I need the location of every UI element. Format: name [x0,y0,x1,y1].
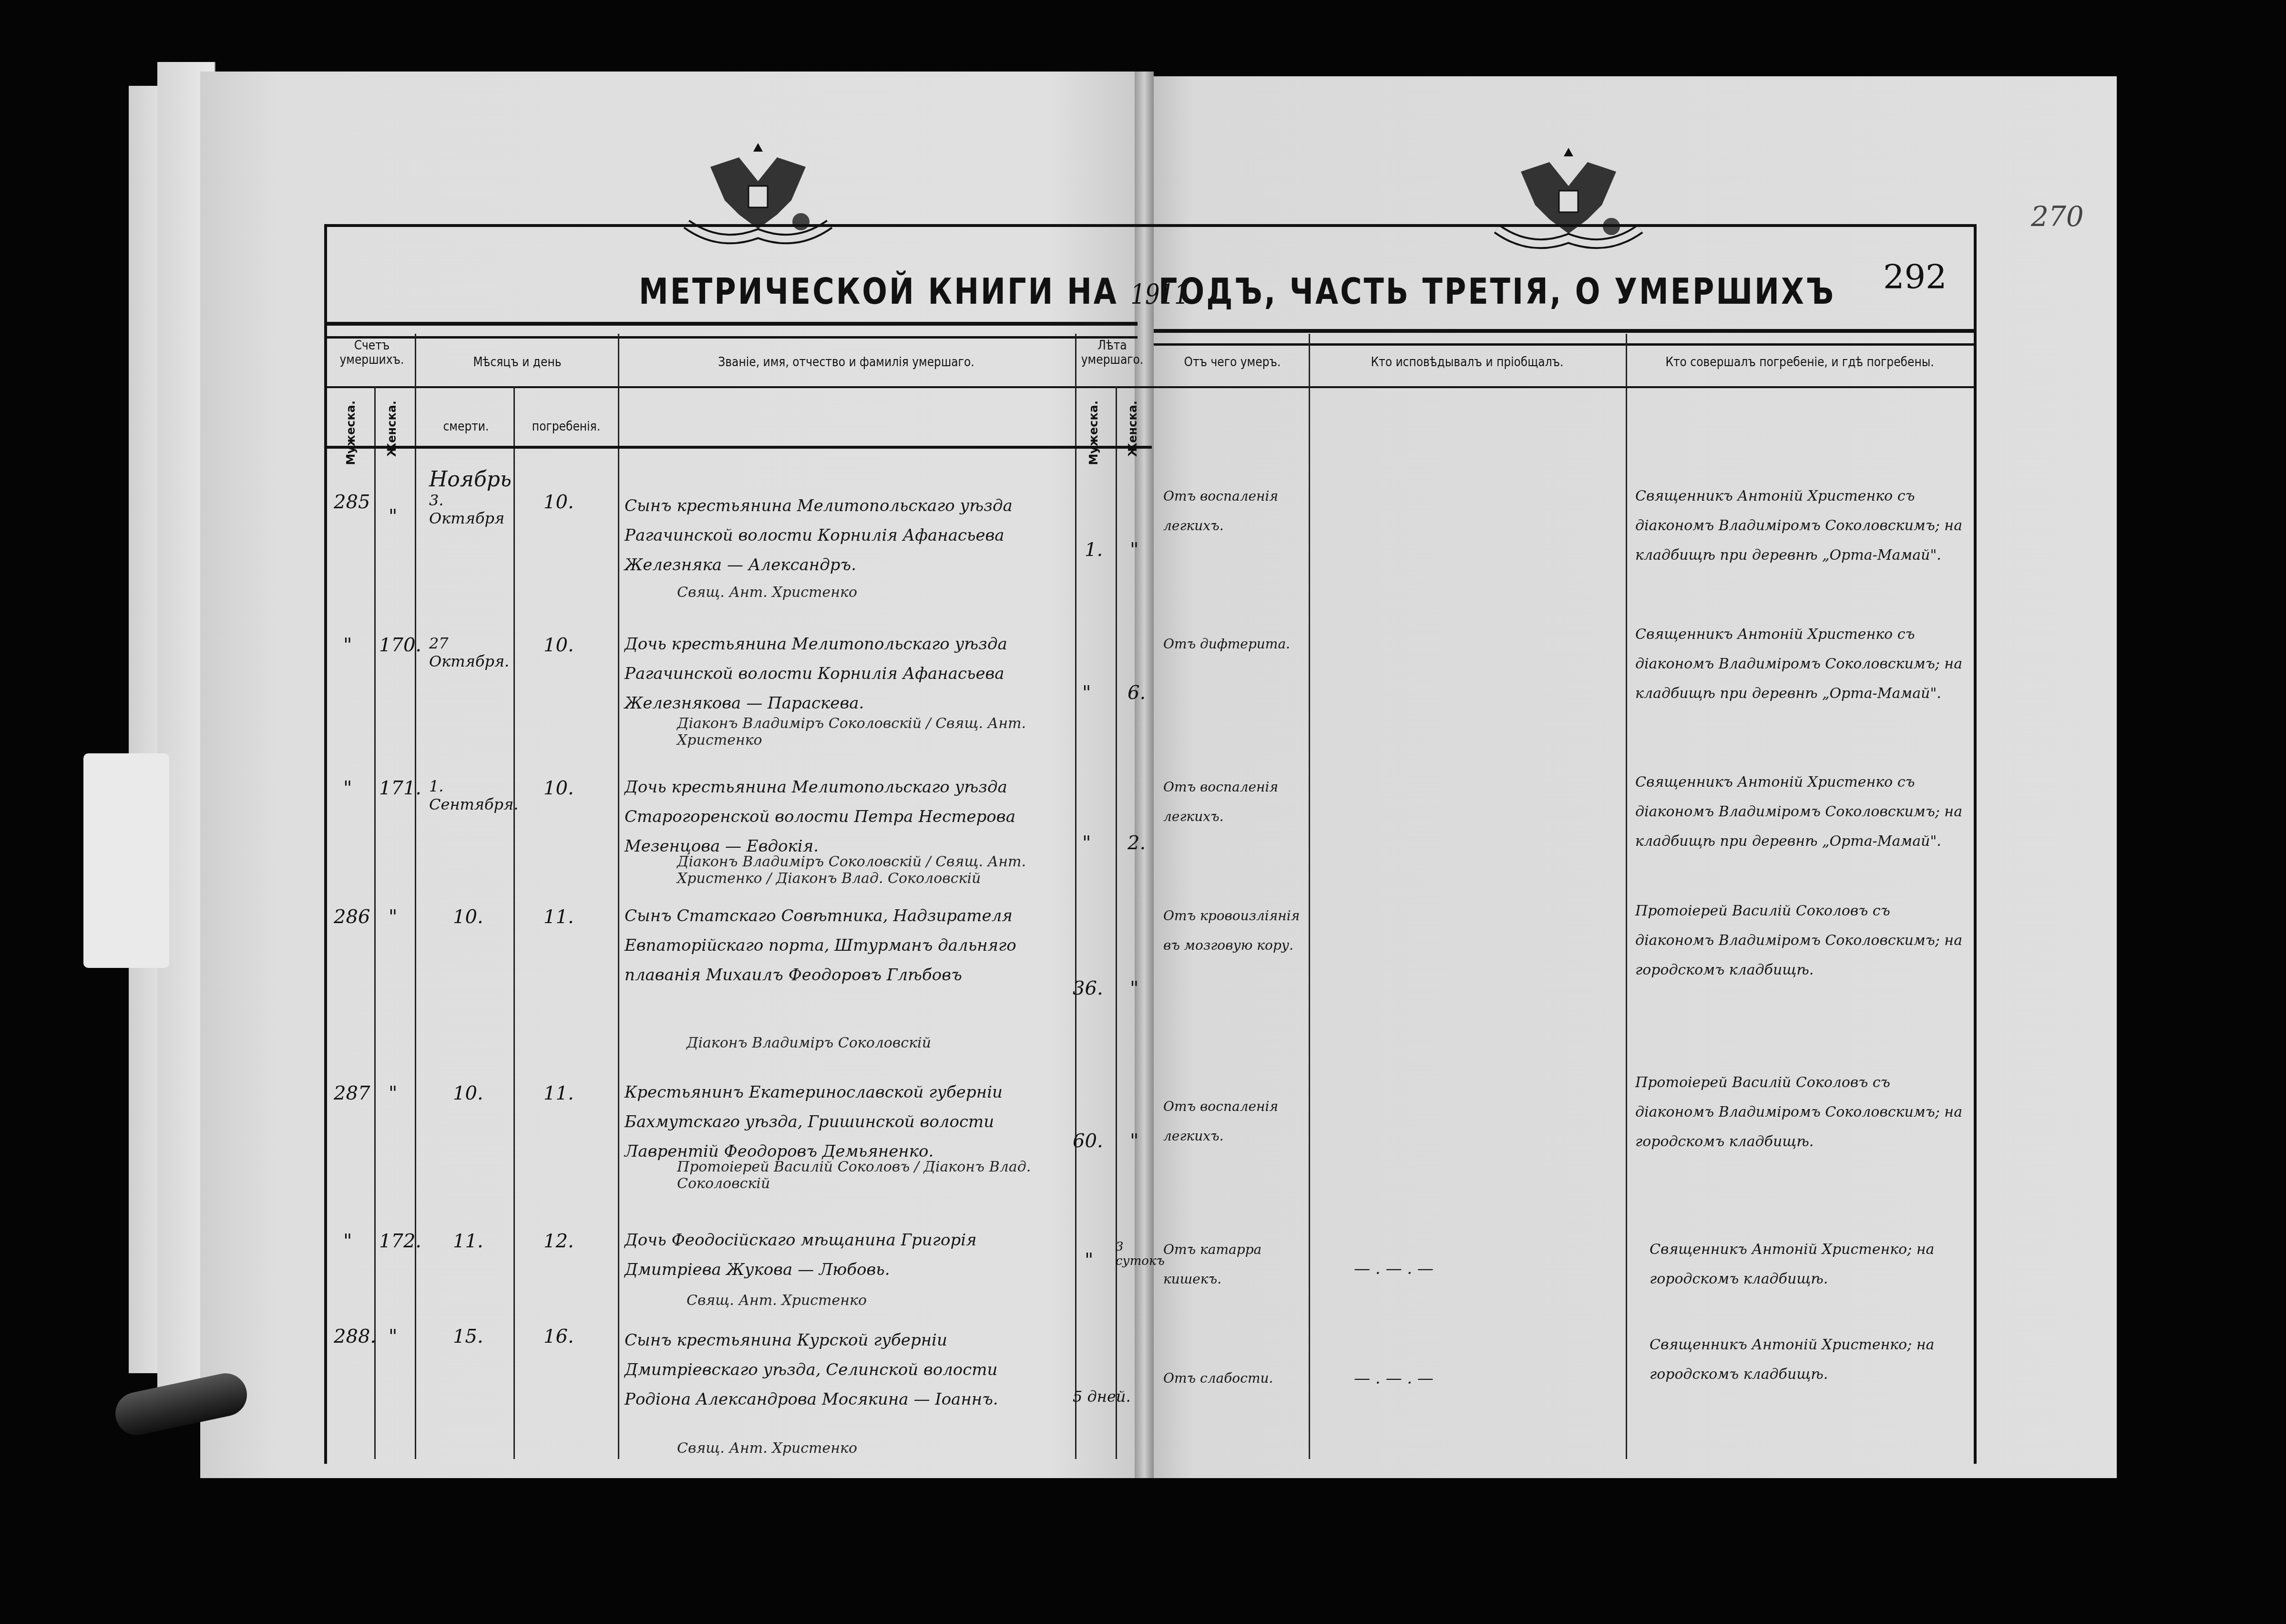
record-signature: Діаконъ Владиміръ Соколовскій / Свящ. Ан… [677,715,1058,749]
record-cause: Отъ кровоизліянія въ мозговую кору. [1163,901,1306,960]
record-burial-date: 10. [543,777,574,799]
col-line [1075,334,1076,1459]
record-name: Сынъ крестьянина Курской губерніи Дмитрі… [625,1326,1068,1414]
record-officiant: Священникъ Антоній Христенко съ діаконом… [1635,482,1969,570]
col-line [513,386,515,1459]
record-count-male: " [343,777,352,799]
record-death-date: 10. [453,1082,483,1104]
record-officiant: Священникъ Антоній Христенко; на городск… [1650,1330,1969,1389]
record-count-female: 170. [379,634,421,656]
record-cause: Отъ слабости. [1163,1364,1306,1393]
col-line [1626,334,1627,1459]
record-death-date: 11. [453,1230,483,1252]
record-cause: Отъ воспаленія легкихъ. [1163,1092,1306,1151]
record-count-female: 172. [379,1230,421,1252]
record-death-date: 10. [453,906,483,928]
col-line [1309,334,1310,1459]
page-number: 292 [1883,257,1947,297]
record-count-male: 287 [334,1082,370,1104]
col-header-cause: Отъ чего умеръ. [1158,355,1306,370]
subheader-count-male: Мужеска. [344,401,358,465]
col-header-age: Лѣта умершаго. [1076,339,1148,367]
record-name: Дочь крестьянина Мелитопольскаго уѣзда С… [625,772,1068,861]
record-officiant: Священникъ Антоній Христенко; на городск… [1650,1235,1969,1294]
record-age-male: 5 дней. [1073,1388,1131,1406]
record-age-female: " [1130,539,1138,561]
col-line [415,334,416,1459]
record-death-date: 27 Октября. [429,634,510,670]
record-cause: Отъ катарра кишекъ. [1163,1235,1306,1294]
top-rule [324,224,1974,227]
record-name: Крестьянинъ Екатеринославской губерніи Б… [625,1078,1068,1166]
folio-number: 270 [2031,200,2084,233]
record-cause: Отъ воспаленія легкихъ. [1163,482,1306,541]
col-line [374,386,376,1459]
record-signature: Діаконъ Владиміръ Соколовскій / Свящ. Ан… [677,853,1058,887]
record-count-male: " [343,1230,352,1252]
record-officiant: Священникъ Антоній Христенко съ діаконом… [1635,768,1969,856]
record-count-male: " [343,634,352,656]
record-count-male: 288. [334,1326,376,1347]
record-signature: Свящ. Ант. Христенко [677,584,857,601]
record-officiant: Протоіерей Василій Соколовъ съ діакономъ… [1635,1068,1969,1157]
subheader-death: смерти. [420,420,513,434]
record-signature: Протоіерей Василій Соколовъ / Діаконъ Вл… [677,1159,1058,1192]
record-count-female: " [389,1082,397,1104]
record-name: Сынъ Статскаго Совѣтника, Надзирателя Ев… [625,901,1068,990]
record-age-female: " [1130,977,1138,999]
record-burial-date: 16. [543,1326,574,1347]
record-age-male: 60. [1073,1130,1103,1152]
col-line [618,334,619,1459]
page-title-left: МЕТРИЧЕСКОЙ КНИГИ НА 1911 [639,271,1189,313]
subheader-age-male: Мужеска. [1087,401,1100,465]
record-name: Дочь Феодосійскаго мѣщанина Григорія Дми… [625,1225,1068,1285]
record-age-female: 3 сутокъ [1116,1240,1154,1268]
record-age-male: 1. [1085,539,1103,561]
record-count-male: 285 [334,491,370,513]
col-header-count: Счетъ умершихъ. [329,339,415,367]
page-title-right: ГОДЪ, ЧАСТЬ ТРЕТІЯ, О УМЕРШИХЪ [1158,271,1835,313]
record-count-female: " [389,1326,397,1347]
header-separator [327,386,1974,388]
record-burial-date: 11. [543,1082,574,1104]
record-count-male: 286 [334,906,370,928]
record-count-female: " [389,505,397,527]
record-age-female: " [1130,1130,1138,1152]
record-age-male: 36. [1073,977,1103,999]
title-rule-left [327,322,1138,339]
record-confessor: — . — . — [1354,1364,1545,1393]
subheader-separator [327,446,1152,449]
col-header-name: Званіе, имя, отчество и фамилія умершаго… [620,355,1073,370]
record-signature: Свящ. Ант. Христенко [677,1440,857,1457]
record-age-male: " [1082,832,1091,854]
subheader-burial: погребенія. [515,420,617,434]
record-burial-date: 11. [543,906,574,928]
record-cause: Отъ воспаленія легкихъ. [1163,772,1306,832]
title-rule-right [1154,329,1974,346]
month-label: Ноябрь [429,465,512,494]
record-age-male: " [1085,1249,1093,1271]
record-death-date: 15. [453,1326,483,1347]
record-name: Дочь крестьянина Мелитопольскаго уѣзда Р… [625,629,1068,718]
col-header-confessor: Кто исповѣдывалъ и пріобщалъ. [1311,355,1623,370]
record-officiant: Священникъ Антоній Христенко съ діаконом… [1635,620,1969,709]
record-age-female: 2. [1128,832,1146,854]
record-burial-date: 10. [543,491,574,513]
col-header-month-day: Мѣсяцъ и день [420,355,615,370]
record-age-male: " [1082,682,1091,704]
page-tab-insert [83,753,169,968]
record-count-female: 171. [379,777,421,799]
record-death-date: 1. Сентября. [429,777,510,813]
record-signature: Свящ. Ант. Христенко [687,1292,867,1309]
record-death-date: 3. Октября [429,491,510,527]
record-burial-date: 10. [543,634,574,656]
record-age-female: 6. [1128,682,1146,704]
record-signature: Діаконъ Владиміръ Соколовскій [687,1035,931,1051]
col-header-officiant: Кто совершалъ погребеніе, и гдѣ погребен… [1628,355,1971,370]
record-name: Сынъ крестьянина Мелитопольскаго уѣзда Р… [625,491,1068,580]
record-burial-date: 12. [543,1230,574,1252]
col-line [1116,386,1117,1459]
record-count-female: " [389,906,397,928]
record-cause: Отъ дифтерита. [1163,629,1306,659]
record-officiant: Протоіерей Василій Соколовъ съ діакономъ… [1635,896,1969,985]
record-confessor: — . — . — [1354,1254,1545,1284]
